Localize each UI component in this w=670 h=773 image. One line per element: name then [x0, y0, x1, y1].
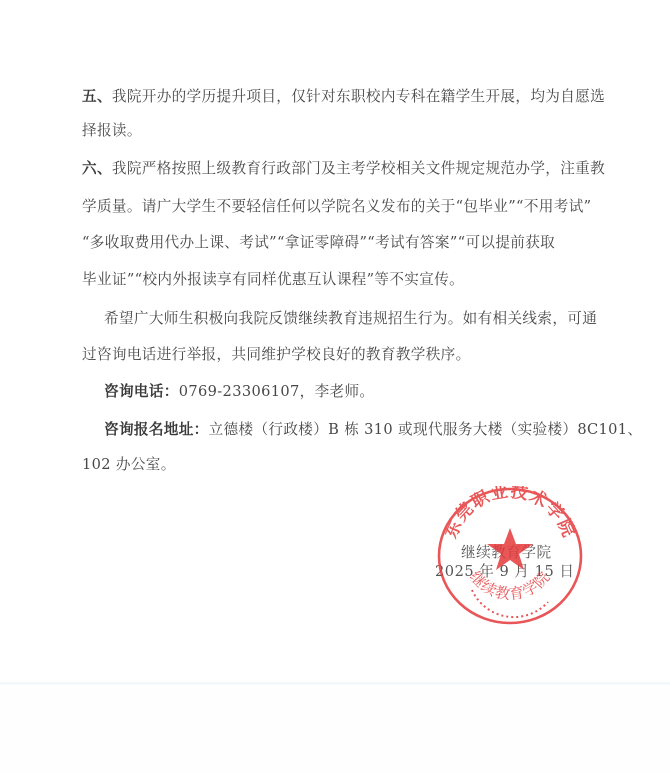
address-label: 咨询报名地址： — [104, 421, 209, 438]
star-icon — [487, 528, 533, 570]
seal-inner-text: 继续教育学院 — [466, 568, 554, 604]
contact-address-line-2: 102 办公室。 — [82, 455, 176, 475]
contact-phone: 咨询电话：0769-23306107，李老师。 — [104, 382, 374, 402]
item-6-line-4: 毕业证”“校内外报读享有同样优惠互认课程”等不实宣传。 — [82, 270, 464, 290]
phone-value: 0769-23306107，李老师。 — [179, 383, 375, 400]
address-value: 立德楼（行政楼）B 栋 310 或现代服务大楼（实验楼）8C101、 — [209, 421, 643, 438]
official-seal: 东莞职业技术学院 继续教育学院 — [436, 486, 584, 626]
item-5-line-2: 择报读。 — [82, 121, 142, 141]
item-6-line-2: 学质量。请广大学生不要轻信任何以学院名义发布的关于“包毕业”“不用考试” — [82, 197, 591, 217]
item-6-line-3: “多收取费用代办上课、考试”“拿证零障碍”“考试有答案”“可以提前获取 — [82, 233, 555, 253]
item-5-label: 五、 — [82, 88, 112, 105]
contact-address-line-1: 咨询报名地址：立德楼（行政楼）B 栋 310 或现代服务大楼（实验楼）8C101… — [104, 420, 642, 440]
appeal-line-1: 希望广大师生积极向我院反馈继续教育违规招生行为。如有相关线索，可通 — [104, 309, 597, 329]
item-5-line-1: 五、我院开办的学历提升项目，仅针对东职校内专科在籍学生开展，均为自愿选 — [82, 87, 605, 107]
item-6-label: 六、 — [82, 160, 112, 177]
phone-label: 咨询电话： — [104, 383, 179, 400]
next-page — [0, 685, 670, 773]
document-page: 五、我院开办的学历提升项目，仅针对东职校内专科在籍学生开展，均为自愿选 择报读。… — [0, 0, 670, 683]
appeal-line-2: 过咨询电话进行举报，共同维护学校良好的教育教学秩序。 — [82, 345, 471, 365]
item-6-line-1: 六、我院严格按照上级教育行政部门及主考学校相关文件规定规范办学，注重教 — [82, 159, 605, 179]
